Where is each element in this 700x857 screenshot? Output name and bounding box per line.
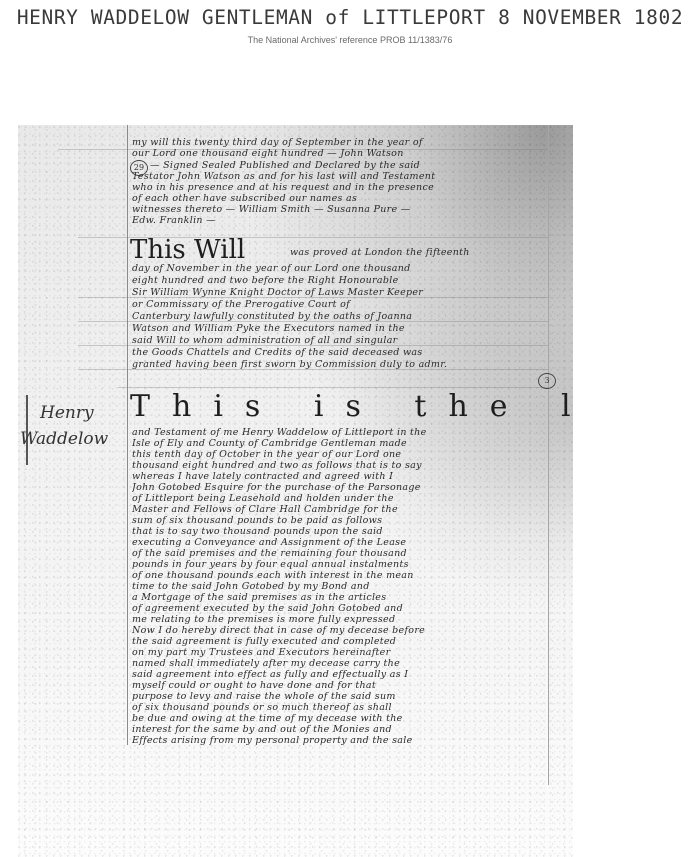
- margin-name-first: Henry: [40, 403, 94, 423]
- handwritten-line: day of November in the year of our Lord …: [132, 263, 546, 274]
- ruled-right-line: [548, 125, 549, 785]
- handwritten-line: that is to say two thousand pounds upon …: [132, 526, 546, 537]
- handwritten-line: was proved at London the fifteenth: [290, 247, 546, 258]
- ruled-margin-line: [127, 125, 128, 745]
- handwritten-line: me relating to the premises is more full…: [132, 614, 546, 625]
- handwritten-line: a Mortgage of the said premises as in th…: [132, 592, 546, 603]
- handwritten-line: Edw. Franklin —: [132, 215, 546, 226]
- handwritten-line: be due and owing at the time of my decea…: [132, 713, 546, 724]
- handwritten-line: witnesses thereto — William Smith — Susa…: [132, 204, 546, 215]
- margin-name-last: Waddelow: [20, 429, 108, 449]
- handwritten-line: the said agreement is fully executed and…: [132, 636, 546, 647]
- handwritten-line: pounds in four years by four equal annua…: [132, 559, 546, 570]
- handwritten-line: of each other have subscribed our names …: [132, 193, 546, 204]
- handwritten-line: Isle of Ely and County of Cambridge Gent…: [132, 438, 546, 449]
- handwritten-line: named shall immediately after my decease…: [132, 658, 546, 669]
- handwritten-line: this tenth day of October in the year of…: [132, 449, 546, 460]
- handwritten-line: Now I do hereby direct that in case of m…: [132, 625, 546, 636]
- handwritten-line: of Littleport being Leasehold and holden…: [132, 493, 546, 504]
- handwritten-line: Testator John Watson as and for his last…: [132, 171, 546, 182]
- section-mark: 3: [538, 373, 556, 389]
- handwritten-line: of six thousand pounds or so much thereo…: [132, 702, 546, 713]
- handwritten-line: Master and Fellows of Clare Hall Cambrid…: [132, 504, 546, 515]
- handwritten-line: myself could or ought to have done and f…: [132, 680, 546, 691]
- manuscript-scan: my will this twenty third day of Septemb…: [18, 125, 573, 857]
- handwritten-line: and Testament of me Henry Waddelow of Li…: [132, 427, 546, 438]
- handwritten-line: time to the said John Gotobed by my Bond…: [132, 581, 546, 592]
- handwritten-line: — Signed Sealed Published and Declared b…: [150, 160, 546, 171]
- handwritten-line: John Gotobed Esquire for the purchase of…: [132, 482, 546, 493]
- handwritten-line: or Commissary of the Prerogative Court o…: [132, 299, 546, 310]
- handwritten-line: who in his presence and at his request a…: [132, 182, 546, 193]
- handwritten-line: sum of six thousand pounds to be paid as…: [132, 515, 546, 526]
- handwritten-line: executing a Conveyance and Assignment of…: [132, 537, 546, 548]
- handwritten-line: my will this twenty third day of Septemb…: [132, 137, 546, 148]
- handwritten-line: purpose to levy and raise the whole of t…: [132, 691, 546, 702]
- handwritten-line: Watson and William Pyke the Executors na…: [132, 323, 546, 334]
- will-heading: This is the last Will: [130, 389, 573, 424]
- handwritten-line: granted having been first sworn by Commi…: [132, 359, 546, 370]
- handwritten-line: the Goods Chattels and Credits of the sa…: [132, 347, 546, 358]
- handwritten-line: Sir William Wynne Knight Doctor of Laws …: [132, 287, 546, 298]
- handwritten-line: our Lord one thousand eight hundred — Jo…: [132, 148, 546, 159]
- handwritten-line: Canterbury lawfully constituted by the o…: [132, 311, 546, 322]
- ruled-line: [118, 387, 548, 388]
- handwritten-line: of one thousand pounds each with interes…: [132, 570, 546, 581]
- handwritten-line: said agreement into effect as fully and …: [132, 669, 546, 680]
- handwritten-line: of the said premises and the remaining f…: [132, 548, 546, 559]
- handwritten-line: thousand eight hundred and two as follow…: [132, 460, 546, 471]
- handwritten-line: whereas I have lately contracted and agr…: [132, 471, 546, 482]
- handwritten-line: eight hundred and two before the Right H…: [132, 275, 546, 286]
- handwritten-line: on my part my Trustees and Executors her…: [132, 647, 546, 658]
- probate-heading: This Will: [130, 235, 245, 265]
- handwritten-line: said Will to whom administration of all …: [132, 335, 546, 346]
- handwritten-line: of agreement executed by the said John G…: [132, 603, 546, 614]
- handwritten-line: Effects arising from my personal propert…: [132, 735, 546, 746]
- page-title: HENRY WADDELOW GENTLEMAN of LITTLEPORT 8…: [0, 6, 700, 29]
- handwritten-line: interest for the same by and out of the …: [132, 724, 546, 735]
- archive-reference: The National Archives' reference PROB 11…: [0, 35, 700, 45]
